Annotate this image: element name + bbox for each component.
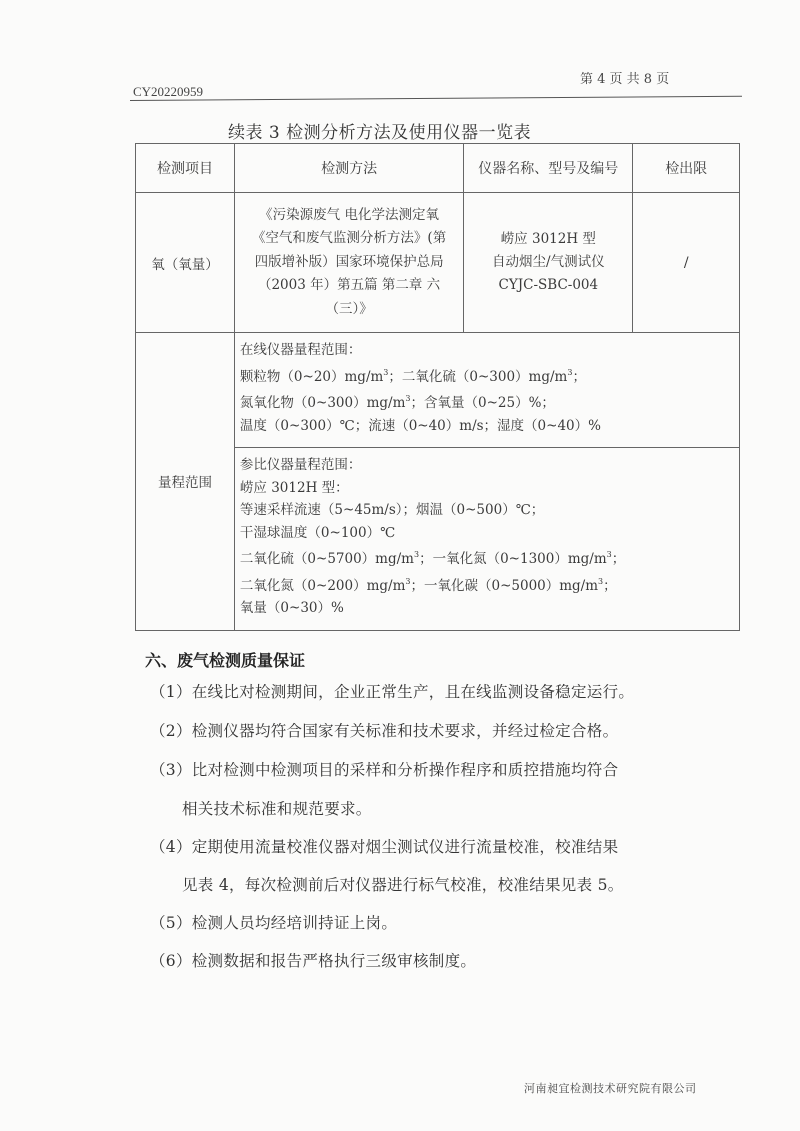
column-header-instrument: 仪器名称、型号及编号 bbox=[464, 144, 633, 193]
qa-item-3: （3）比对检测中检测项目的采样和分析操作程序和质控措施均符合 bbox=[150, 758, 618, 780]
column-header-item: 检测项目 bbox=[136, 144, 235, 193]
online-range-heading: 在线仪器量程范围： bbox=[240, 339, 735, 362]
column-header-method: 检测方法 bbox=[234, 144, 463, 193]
table-title: 续表 3 检测分析方法及使用仪器一览表 bbox=[228, 118, 531, 143]
reference-range-line: 等速采样流速（5~45m/s）；烟温（0~500）℃； bbox=[240, 499, 735, 522]
instrument-line: 崂应 3012H 型 bbox=[464, 228, 632, 251]
reference-range-cell: 参比仪器量程范围： 崂应 3012H 型： 等速采样流速（5~45m/s）；烟温… bbox=[234, 448, 739, 631]
method-cell: 《污染源废气 电化学法测定氧 《空气和废气监测分析方法》(第 四版增补版）国家环… bbox=[234, 193, 463, 333]
page-number: 第 4 页 共 8 页 bbox=[580, 68, 669, 87]
range-label-cell: 量程范围 bbox=[136, 333, 235, 631]
column-header-detection-limit: 检出限 bbox=[633, 144, 740, 193]
reference-range-line: 氧量（0~30）% bbox=[240, 597, 735, 620]
report-number: CY20220959 bbox=[133, 84, 203, 100]
instrument-cell: 崂应 3012H 型 自动烟尘/气测试仪 CYJC-SBC-004 bbox=[464, 193, 633, 333]
online-range-line: 氮氧化物（0~300）mg/m3；含氧量（0~25）%； bbox=[240, 388, 735, 415]
qa-item-3-cont: 相关技术标准和规范要求。 bbox=[182, 797, 372, 819]
qa-item-2: （2）检测仪器均符合国家有关标准和技术要求，并经过检定合格。 bbox=[150, 719, 618, 741]
instrument-line: 自动烟尘/气测试仪 bbox=[464, 251, 632, 274]
qa-item-5: （5）检测人员均经培训持证上岗。 bbox=[150, 911, 397, 933]
header-divider bbox=[130, 96, 742, 101]
reference-model: 崂应 3012H 型： bbox=[240, 477, 735, 500]
item-cell: 氧（氧量） bbox=[136, 193, 235, 333]
reference-range-line: 二氧化硫（0~5700）mg/m3；一氧化氮（0~1300）mg/m3； bbox=[240, 544, 735, 571]
company-footer: 河南昶宜检测技术研究院有限公司 bbox=[524, 1080, 697, 1096]
method-line: （2003 年）第五篇 第二章 六 bbox=[237, 274, 461, 298]
reference-range-heading: 参比仪器量程范围： bbox=[240, 454, 735, 477]
range-row-online: 量程范围 在线仪器量程范围： 颗粒物（0~20）mg/m3；二氧化硫（0~300… bbox=[136, 333, 740, 448]
method-line: （三）》 bbox=[237, 298, 461, 322]
reference-range-line: 二氧化氮（0~200）mg/m3；一氧化碳（0~5000）mg/m3； bbox=[240, 571, 735, 598]
table-row: 氧（氧量） 《污染源废气 电化学法测定氧 《空气和废气监测分析方法》(第 四版增… bbox=[136, 193, 740, 333]
online-range-line: 颗粒物（0~20）mg/m3；二氧化硫（0~300）mg/m3； bbox=[240, 362, 735, 389]
instrument-line: CYJC-SBC-004 bbox=[464, 274, 632, 297]
method-line: 《空气和废气监测分析方法》(第 bbox=[237, 227, 461, 251]
methods-table: 检测项目 检测方法 仪器名称、型号及编号 检出限 氧（氧量） 《污染源废气 电化… bbox=[135, 143, 740, 631]
qa-item-6: （6）检测数据和报告严格执行三级审核制度。 bbox=[150, 949, 476, 971]
qa-item-4: （4）定期使用流量校准仪器对烟尘测试仪进行流量校准，校准结果 bbox=[150, 835, 618, 857]
method-line: 《污染源废气 电化学法测定氧 bbox=[237, 204, 461, 228]
qa-item-1: （1）在线比对检测期间，企业正常生产，且在线监测设备稳定运行。 bbox=[150, 680, 634, 702]
reference-range-line: 干湿球温度（0~100）℃ bbox=[240, 522, 735, 545]
method-line: 四版增补版）国家环境保护总局 bbox=[237, 251, 461, 275]
detection-limit-cell: / bbox=[633, 193, 740, 333]
table-header-row: 检测项目 检测方法 仪器名称、型号及编号 检出限 bbox=[136, 144, 740, 193]
qa-item-4-cont: 见表 4，每次检测前后对仪器进行标气校准，校准结果见表 5。 bbox=[182, 873, 624, 895]
online-range-line: 温度（0~300）℃；流速（0~40）m/s；湿度（0~40）% bbox=[240, 415, 735, 438]
online-range-cell: 在线仪器量程范围： 颗粒物（0~20）mg/m3；二氧化硫（0~300）mg/m… bbox=[234, 333, 739, 448]
section-title: 六、废气检测质量保证 bbox=[145, 648, 305, 671]
